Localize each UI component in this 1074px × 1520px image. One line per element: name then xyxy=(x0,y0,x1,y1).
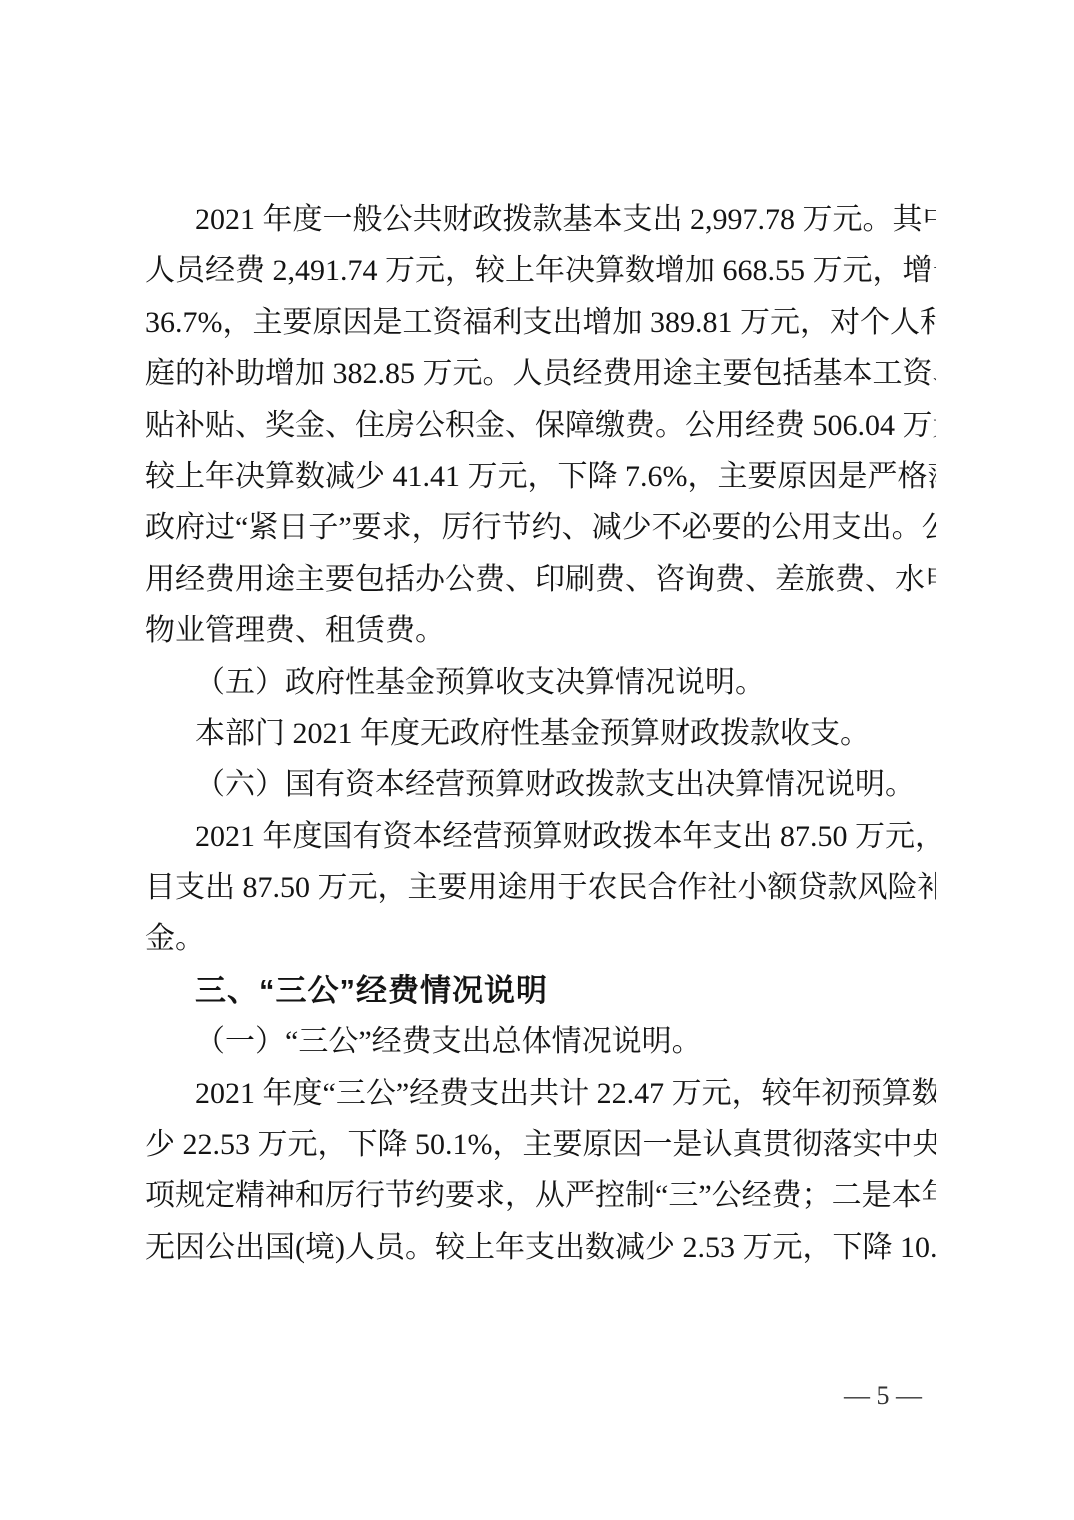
text-line: 贴补贴、奖金、住房公积金、保障缴费。公用经费 506.04 万元， xyxy=(145,400,936,451)
text-line: 本部门 2021 年度无政府性基金预算财政拨款收支。 xyxy=(145,708,936,759)
text-line: 庭的补助增加 382.85 万元。人员经费用途主要包括基本工资、津 xyxy=(145,348,936,399)
text-line: 政府过“紧日子”要求，厉行节约、减少不必要的公用支出。公 xyxy=(145,502,936,553)
text-line: 2021 年度一般公共财政拨款基本支出 2,997.78 万元。其中： xyxy=(145,194,936,245)
text-line: 金。 xyxy=(145,913,936,964)
text-line: 无因公出国(境)人员。较上年支出数减少 2.53 万元，下降 10.1%， xyxy=(145,1222,936,1273)
text-line: 少 22.53 万元，下降 50.1%，主要原因一是认真贯彻落实中央八 xyxy=(145,1119,936,1170)
text-line: 项规定精神和厉行节约要求，从严控制“三”公经费；二是本年 xyxy=(145,1170,936,1221)
text-line: 2021 年度“三公”经费支出共计 22.47 万元，较年初预算数减 xyxy=(145,1068,936,1119)
text-line: 2021 年度国有资本经营预算财政拨本年支出 87.50 万元，项 xyxy=(145,811,936,862)
text-line: （一）“三公”经费支出总体情况说明。 xyxy=(145,1016,936,1067)
body-text: 2021 年度一般公共财政拨款基本支出 2,997.78 万元。其中： 人员经费… xyxy=(145,194,936,1273)
text-line: 物业管理费、租赁费。 xyxy=(145,605,936,656)
text-line: 目支出 87.50 万元，主要用途用于农民合作社小额贷款风险补偿 xyxy=(145,862,936,913)
text-line: 较上年决算数减少 41.41 万元，下降 7.6%，主要原因是严格落实 xyxy=(145,451,936,502)
text-line: （六）国有资本经营预算财政拨款支出决算情况说明。 xyxy=(145,759,936,810)
document-page: 2021 年度一般公共财政拨款基本支出 2,997.78 万元。其中： 人员经费… xyxy=(0,0,1074,1520)
text-line: 人员经费 2,491.74 万元，较上年决算数增加 668.55 万元，增长 xyxy=(145,245,936,296)
section-heading: 三、“三公”经费情况说明 xyxy=(145,965,936,1016)
text-line: 用经费用途主要包括办公费、印刷费、咨询费、差旅费、水电费、 xyxy=(145,554,936,605)
text-line: 36.7%，主要原因是工资福利支出增加 389.81 万元，对个人和家 xyxy=(145,297,936,348)
text-line: （五）政府性基金预算收支决算情况说明。 xyxy=(145,657,936,708)
page-number: — 5 — xyxy=(844,1381,922,1411)
